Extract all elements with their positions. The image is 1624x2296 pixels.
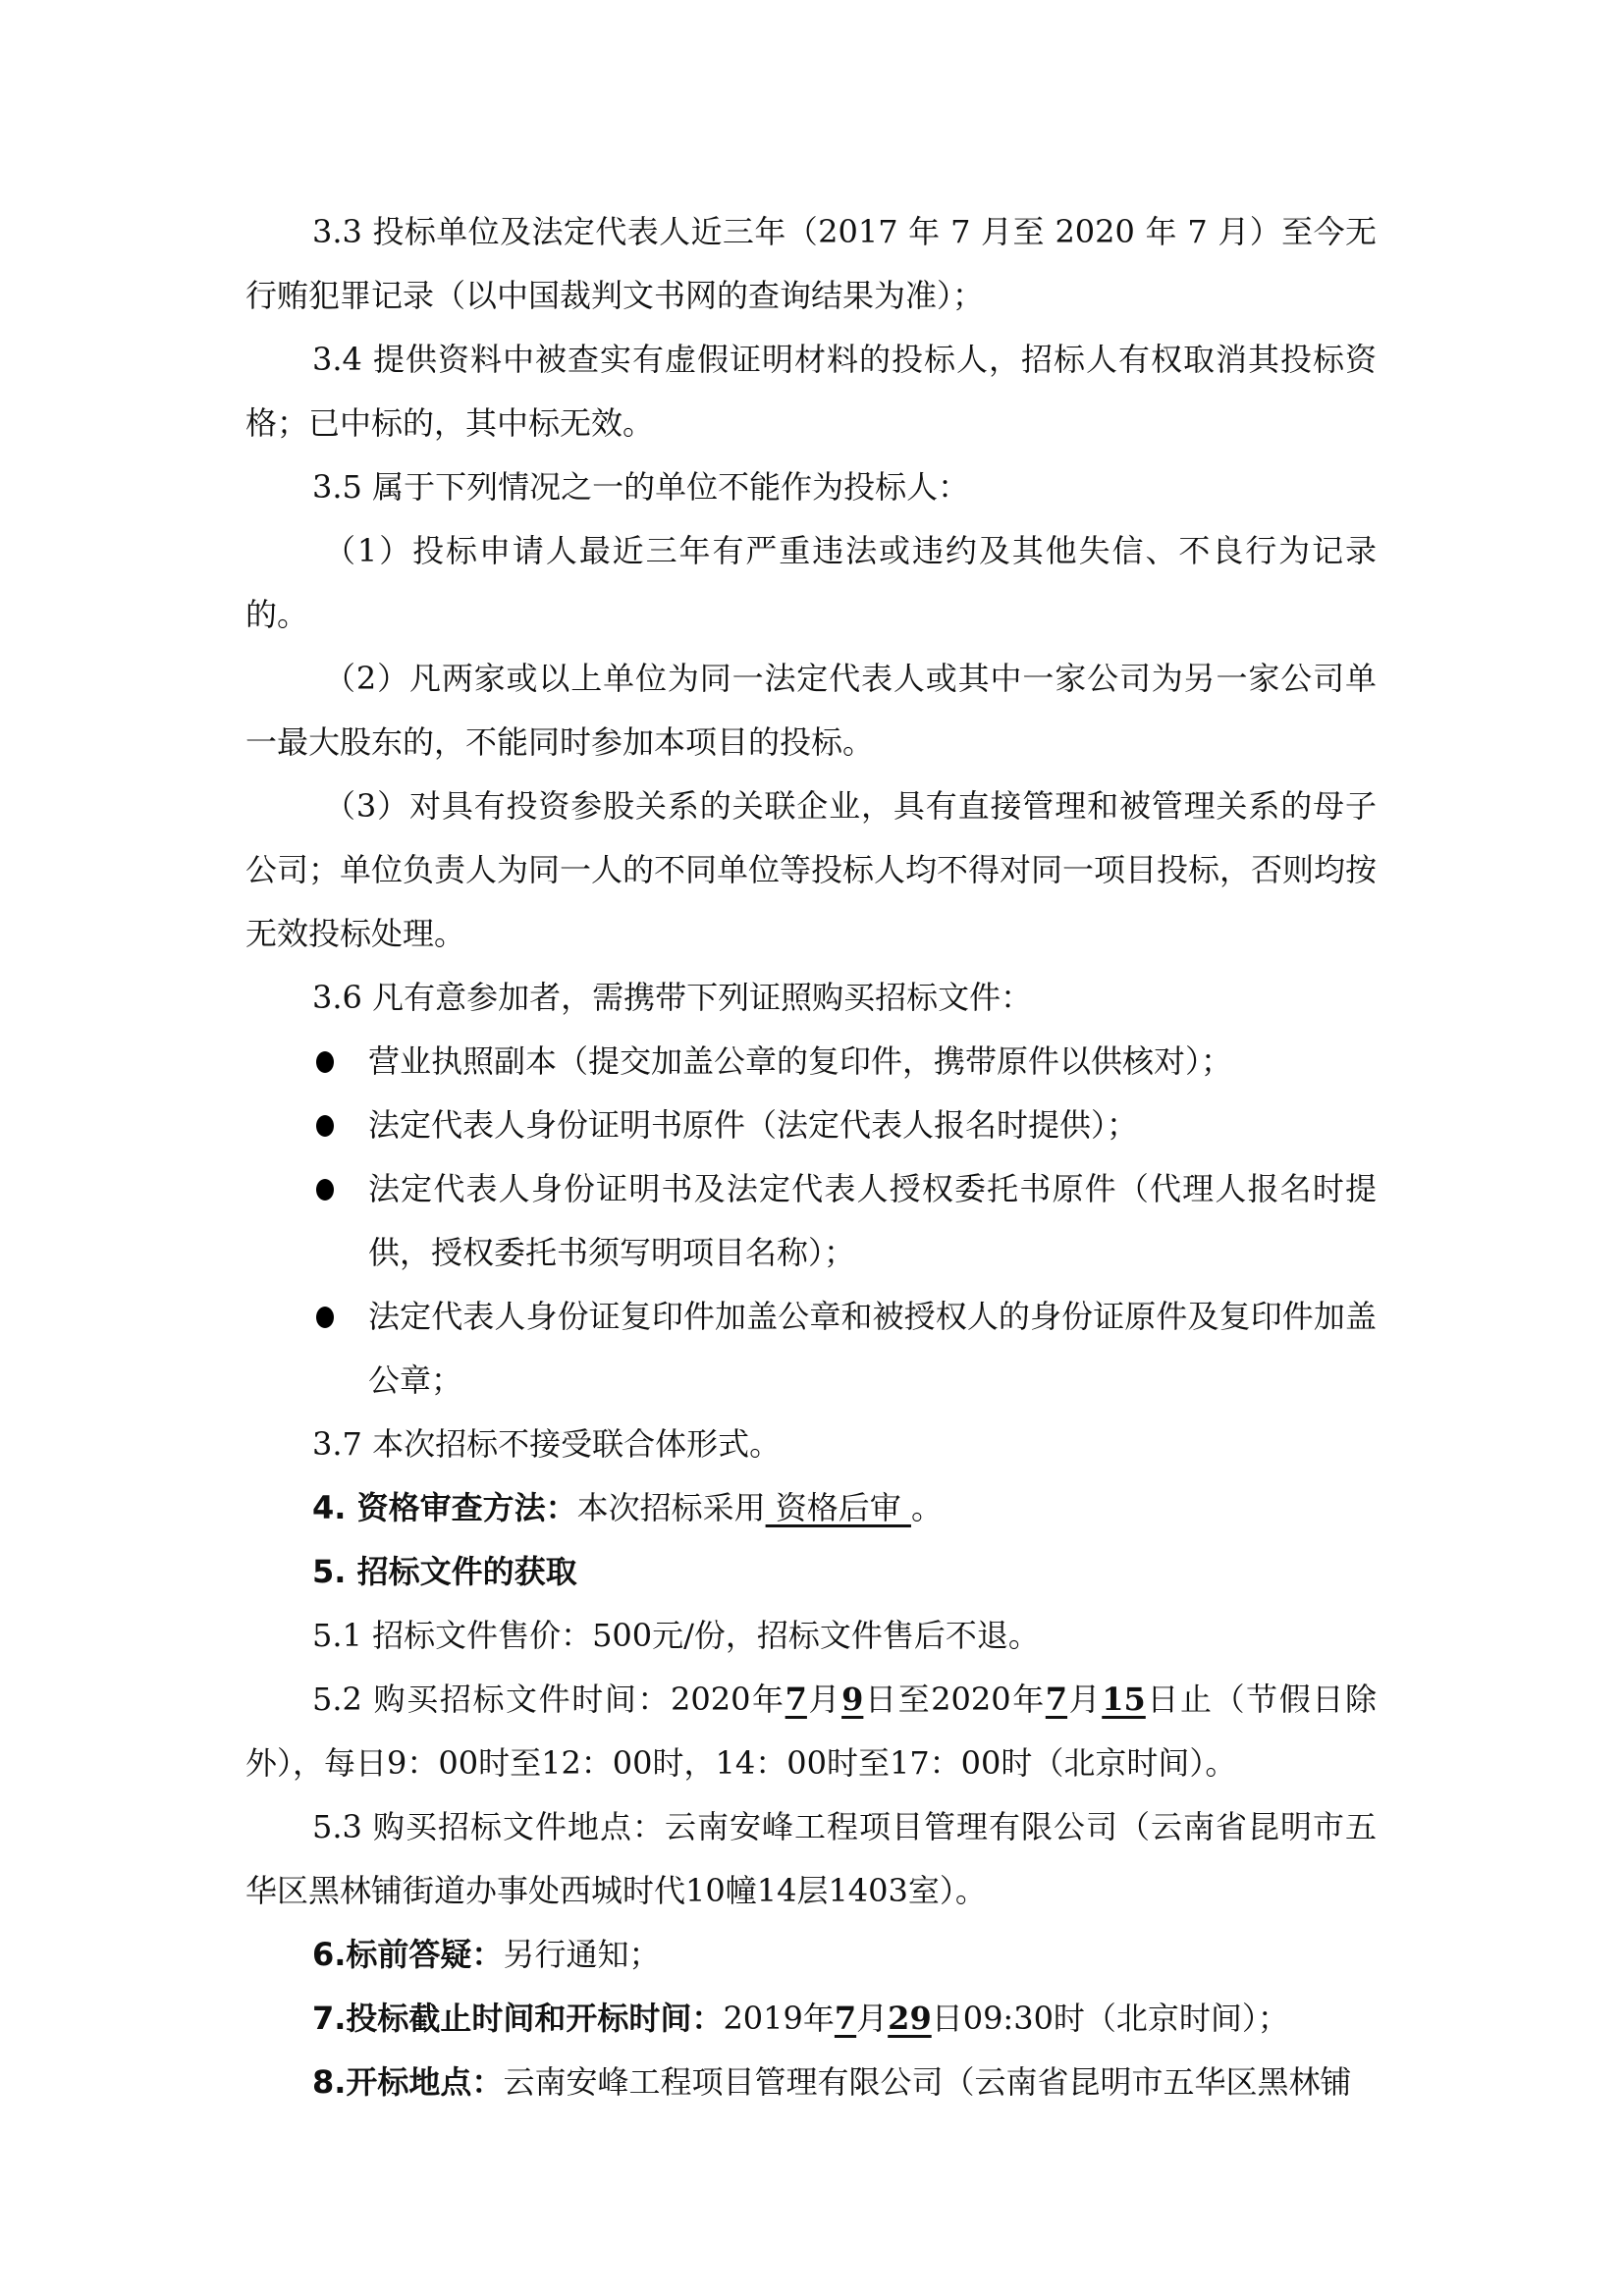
- clause-3-6: 3.6 凡有意参加者，需携带下列证照购买招标文件：: [245, 966, 1377, 1030]
- clause-3-5: 3.5 属于下列情况之一的单位不能作为投标人：: [245, 455, 1377, 519]
- end-day: 15: [1102, 1681, 1146, 1718]
- section-4-text: 本次招标采用: [577, 1489, 766, 1526]
- deadline-month: 7: [835, 2000, 856, 2037]
- section-7-heading: 7.投标截止时间和开标时间：: [312, 2000, 723, 2037]
- text: 5.2 购买招标文件时间：2020年: [312, 1681, 785, 1718]
- deadline-day: 29: [888, 2000, 932, 2037]
- start-day: 9: [841, 1681, 863, 1718]
- section-8-heading: 8.开标地点：: [312, 2063, 503, 2101]
- clause-3-5-3: （3）对具有投资参股关系的关联企业，具有直接管理和被管理关系的母子公司；单位负责…: [245, 774, 1377, 966]
- bullet-icon: [316, 1307, 334, 1328]
- section-4-heading: 4. 资格审查方法：: [312, 1489, 577, 1526]
- text: 月: [856, 2000, 888, 2037]
- bullet-text: 法定代表人身份证复印件加盖公章和被授权人的身份证原件及复印件加盖公章；: [368, 1298, 1377, 1399]
- clause-3-7: 3.7 本次招标不接受联合体形式。: [245, 1413, 1377, 1476]
- section-6-text: 另行通知；: [503, 1936, 660, 1973]
- bullet-item: 法定代表人身份证明书原件（法定代表人报名时提供）；: [245, 1094, 1377, 1157]
- bullet-item: 法定代表人身份证明书及法定代表人授权委托书原件（代理人报名时提供，授权委托书须写…: [245, 1157, 1377, 1285]
- section-7: 7.投标截止时间和开标时间：2019年7月29日09:30时（北京时间）；: [245, 1987, 1377, 2051]
- clause-3-4: 3.4 提供资料中被查实有虚假证明材料的投标人，招标人有权取消其投标资格；已中标…: [245, 328, 1377, 455]
- clause-3-5-1: （1）投标申请人最近三年有严重违法或违约及其他失信、不良行为记录的。: [245, 519, 1377, 647]
- clause-3-5-2: （2）凡两家或以上单位为同一法定代表人或其中一家公司为另一家公司单一最大股东的，…: [245, 647, 1377, 774]
- section-6-heading: 6.标前答疑：: [312, 1936, 503, 1973]
- text: 2019年: [723, 2000, 834, 2037]
- text: 月: [1067, 1681, 1102, 1718]
- text: 日至2020年: [863, 1681, 1045, 1718]
- section-5-heading: 5. 招标文件的获取: [245, 1540, 1377, 1604]
- section-6: 6.标前答疑：另行通知；: [245, 1923, 1377, 1987]
- end-month: 7: [1046, 1681, 1067, 1718]
- bullet-icon: [316, 1051, 334, 1073]
- bullet-text: 营业执照副本（提交加盖公章的复印件，携带原件以供核对）；: [368, 1042, 1232, 1080]
- section-8: 8.开标地点：云南安峰工程项目管理有限公司（云南省昆明市五华区黑林铺: [245, 2051, 1377, 2114]
- section-4-end: 。: [911, 1489, 943, 1526]
- bullet-icon: [316, 1179, 334, 1201]
- text: 日09:30时（北京时间）；: [932, 2000, 1289, 2037]
- section-4-method: 资格后审: [766, 1489, 911, 1526]
- section-4: 4. 资格审查方法：本次招标采用 资格后审 。: [245, 1476, 1377, 1540]
- bullet-item: 营业执照副本（提交加盖公章的复印件，携带原件以供核对）；: [245, 1030, 1377, 1094]
- bullet-text: 法定代表人身份证明书及法定代表人授权委托书原件（代理人报名时提供，授权委托书须写…: [368, 1170, 1377, 1271]
- clause-3-3: 3.3 投标单位及法定代表人近三年（2017 年 7 月至 2020 年 7 月…: [245, 200, 1377, 328]
- bullet-text: 法定代表人身份证明书原件（法定代表人报名时提供）；: [368, 1106, 1138, 1144]
- clause-5-3: 5.3 购买招标文件地点：云南安峰工程项目管理有限公司（云南省昆明市五华区黑林铺…: [245, 1795, 1377, 1923]
- bullet-icon: [316, 1115, 334, 1137]
- bullet-item: 法定代表人身份证复印件加盖公章和被授权人的身份证原件及复印件加盖公章；: [245, 1285, 1377, 1413]
- section-8-text: 云南安峰工程项目管理有限公司（云南省昆明市五华区黑林铺: [503, 2063, 1351, 2101]
- document-page: 3.3 投标单位及法定代表人近三年（2017 年 7 月至 2020 年 7 月…: [245, 200, 1377, 2114]
- clause-5-2: 5.2 购买招标文件时间：2020年7月9日至2020年7月15日止（节假日除外…: [245, 1668, 1377, 1795]
- text: 月: [807, 1681, 841, 1718]
- clause-5-1: 5.1 招标文件售价：500元/份，招标文件售后不退。: [245, 1604, 1377, 1668]
- start-month: 7: [785, 1681, 807, 1718]
